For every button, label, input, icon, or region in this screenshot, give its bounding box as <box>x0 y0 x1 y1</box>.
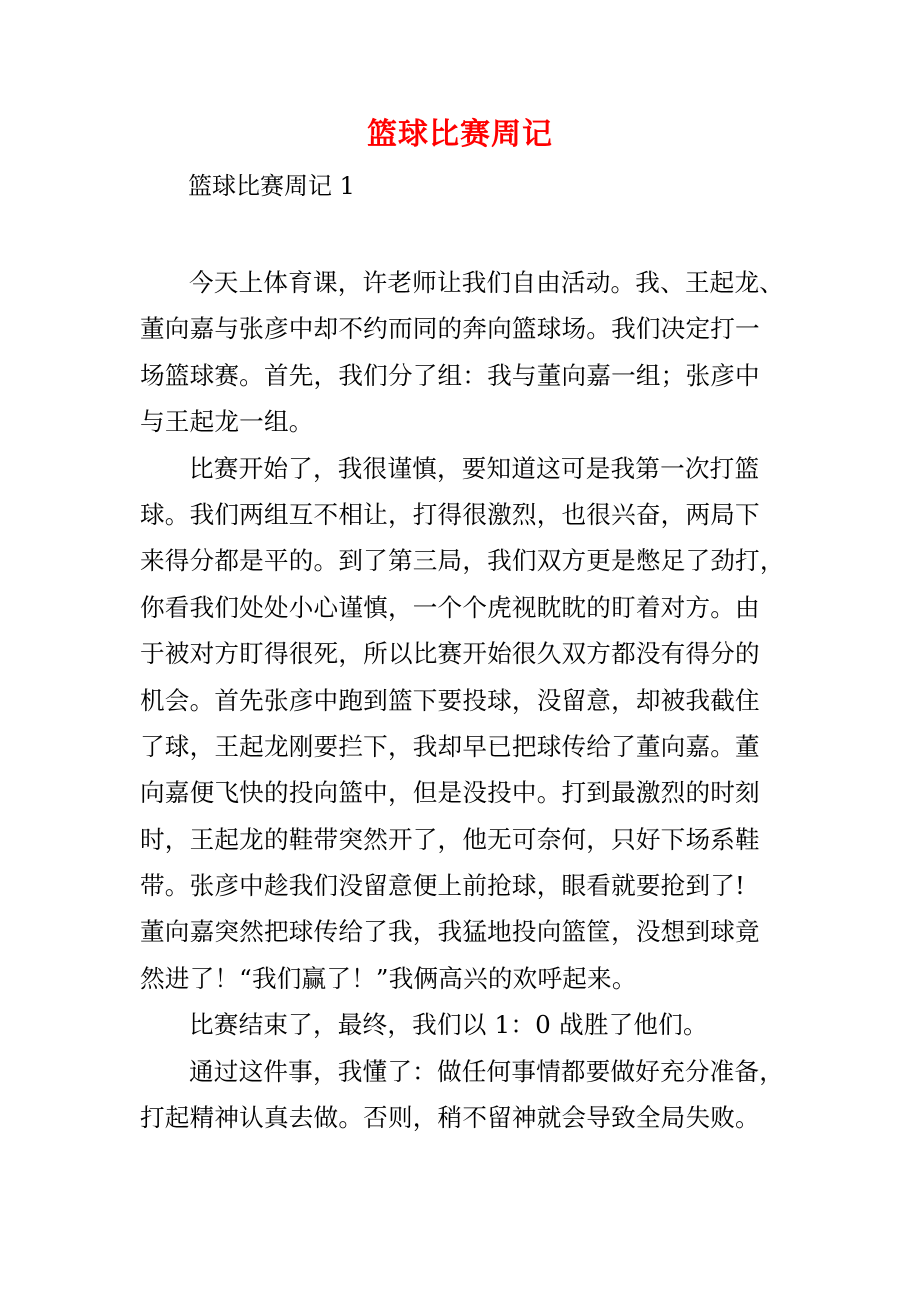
text-line: 场篮球赛。首先，我们分了组：我与董向嘉一组；张彦中 <box>140 353 780 399</box>
paragraph-4: 通过这件事，我懂了：做任何事情都要做好充分准备， 打起精神认真去做。否则，稍不留… <box>140 1049 780 1142</box>
text-line: 比赛结束了，最终，我们以 1：0 战胜了他们。 <box>140 1002 780 1048</box>
text-line: 机会。首先张彦中跑到篮下要投球，没留意，却被我截住 <box>140 678 780 724</box>
text-line: 今天上体育课，许老师让我们自由活动。我、王起龙、 <box>140 260 780 306</box>
paragraph-3: 比赛结束了，最终，我们以 1：0 战胜了他们。 <box>140 1002 780 1048</box>
document-page: 篮球比赛周记 篮球比赛周记 1 今天上体育课，许老师让我们自由活动。我、王起龙、… <box>0 0 920 1302</box>
text-line: 与王起龙一组。 <box>140 399 780 445</box>
text-line: 于被对方盯得很死，所以比赛开始很久双方都没有得分的 <box>140 631 780 677</box>
text-line: 打起精神认真去做。否则，稍不留神就会导致全局失败。 <box>140 1095 780 1141</box>
text-line: 向嘉便飞快的投向篮中，但是没投中。打到最激烈的时刻 <box>140 770 780 816</box>
paragraph-2: 比赛开始了，我很谨慎，要知道这可是我第一次打篮 球。我们两组互不相让，打得很激烈… <box>140 446 780 1003</box>
text-line: 球。我们两组互不相让，打得很激烈，也很兴奋，两局下 <box>140 492 780 538</box>
text-line: 时，王起龙的鞋带突然开了，他无可奈何，只好下场系鞋 <box>140 817 780 863</box>
text-line: 带。张彦中趁我们没留意便上前抢球，眼看就要抢到了! <box>140 863 780 909</box>
document-body: 今天上体育课，许老师让我们自由活动。我、王起龙、 董向嘉与张彦中却不约而同的奔向… <box>140 260 780 1141</box>
text-line: 然进了！“我们赢了！”我俩高兴的欢呼起来。 <box>140 956 780 1002</box>
paragraph-1: 今天上体育课，许老师让我们自由活动。我、王起龙、 董向嘉与张彦中却不约而同的奔向… <box>140 260 780 446</box>
text-line: 你看我们处处小心谨慎，一个个虎视眈眈的盯着对方。由 <box>140 585 780 631</box>
text-line: 董向嘉突然把球传给了我，我猛地投向篮筐，没想到球竟 <box>140 909 780 955</box>
text-line: 来得分都是平的。到了第三局，我们双方更是憋足了劲打， <box>140 538 780 584</box>
text-line: 了球，王起龙刚要拦下，我却早已把球传给了董向嘉。董 <box>140 724 780 770</box>
document-subtitle: 篮球比赛周记 1 <box>188 166 355 206</box>
text-line: 比赛开始了，我很谨慎，要知道这可是我第一次打篮 <box>140 446 780 492</box>
text-line: 通过这件事，我懂了：做任何事情都要做好充分准备， <box>140 1049 780 1095</box>
document-title: 篮球比赛周记 <box>0 112 920 158</box>
text-line: 董向嘉与张彦中却不约而同的奔向篮球场。我们决定打一 <box>140 306 780 352</box>
